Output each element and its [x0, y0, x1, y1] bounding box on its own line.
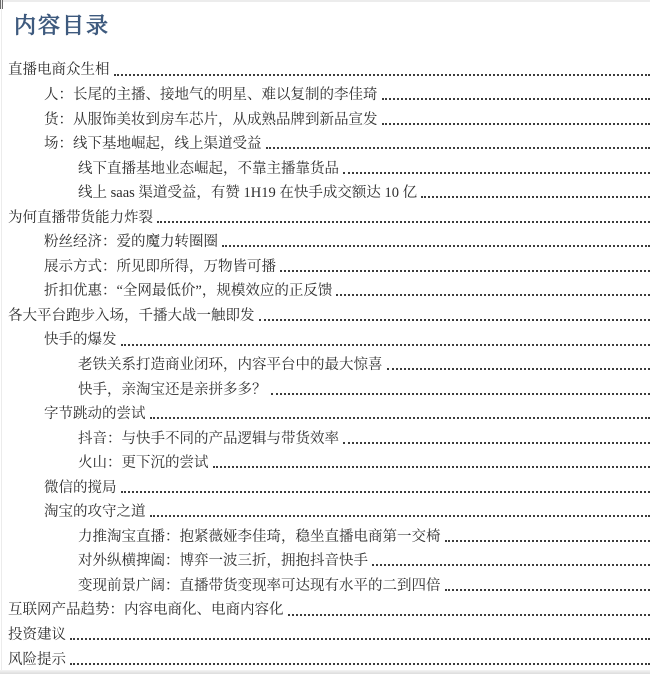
toc-entry-label: 人：长尾的主播、接地气的明星、难以复制的李佳琦 [44, 86, 378, 105]
toc-entry-label: 淘宝的攻守之道 [44, 503, 146, 522]
toc-entry-label: 老铁关系打造商业闭环，内容平台中的最大惊喜 [78, 356, 383, 375]
toc-entry-label: 线下直播基地业态崛起，不靠主播靠货品 [78, 160, 339, 179]
dot-leader [280, 270, 650, 272]
dot-leader [343, 172, 650, 174]
dot-leader [271, 393, 650, 395]
toc-entry-label: 线上 saas 渠道受益，有赞 1H19 在快手成交额达 10 亿 [78, 184, 417, 203]
toc-entry[interactable]: 直播电商众生相 [0, 56, 650, 81]
dot-leader [150, 515, 650, 517]
toc-entry-label: 微信的搅局 [44, 479, 117, 498]
toc-entry[interactable]: 抖音：与快手不同的产品逻辑与带货效率 [0, 424, 650, 449]
dot-leader [382, 98, 650, 100]
toc-entry[interactable]: 人：长尾的主播、接地气的明星、难以复制的李佳琦 [0, 81, 650, 106]
toc-entry-label: 变现前景广阔：直播带货变现率可达现有水平的二到四倍 [78, 577, 441, 596]
toc-entry-label: 风险提示 [8, 651, 66, 670]
dot-leader [259, 319, 650, 321]
toc-entry[interactable]: 互联网产品趋势：内容电商化、电商内容化 [0, 596, 650, 621]
dot-leader [372, 564, 650, 566]
toc-list: 直播电商众生相 人：长尾的主播、接地气的明星、难以复制的李佳琦 货：从服饰美妆到… [0, 56, 650, 670]
toc-entry[interactable]: 风险提示 [0, 645, 650, 670]
toc-entry[interactable]: 展示方式：所见即所得，万物皆可播 [0, 252, 650, 277]
toc-entry-label: 直播电商众生相 [8, 61, 110, 80]
bottom-edge-shadow [0, 670, 650, 674]
dot-leader [445, 589, 650, 591]
toc-entry[interactable]: 粉丝经济：爱的魔力转圈圈 [0, 228, 650, 253]
toc-entry[interactable]: 线下直播基地业态崛起，不靠主播靠货品 [0, 154, 650, 179]
dot-leader [70, 663, 650, 665]
toc-entry-label: 折扣优惠：“全网最低价”，规模效应的正反馈 [44, 282, 332, 301]
toc-entry[interactable]: 线上 saas 渠道受益，有赞 1H19 在快手成交额达 10 亿 [0, 179, 650, 204]
toc-entry-label: 抖音：与快手不同的产品逻辑与带货效率 [78, 430, 339, 449]
dot-leader [382, 123, 650, 125]
toc-entry-label: 快手，亲淘宝还是亲拼多多？ [78, 381, 267, 400]
top-edge-line [0, 0, 650, 2]
dot-leader [445, 540, 650, 542]
toc-entry-label: 互联网产品趋势：内容电商化、电商内容化 [8, 601, 284, 620]
dot-leader [70, 638, 650, 640]
toc-entry[interactable]: 快手的爆发 [0, 326, 650, 351]
toc-entry[interactable]: 变现前景广阔：直播带货变现率可达现有水平的二到四倍 [0, 571, 650, 596]
toc-entry[interactable]: 场：线下基地崛起，线上渠道受益 [0, 130, 650, 155]
dot-leader [343, 442, 650, 444]
toc-entry[interactable]: 微信的搅局 [0, 473, 650, 498]
left-edge-line [1, 0, 2, 674]
dot-leader [222, 245, 650, 247]
toc-entry-label: 粉丝经济：爱的魔力转圈圈 [44, 233, 218, 252]
dot-leader [266, 147, 650, 149]
toc-entry[interactable]: 快手，亲淘宝还是亲拼多多？ [0, 375, 650, 400]
toc-entry-label: 力推淘宝直播：抱紧薇娅李佳琦，稳坐直播电商第一交椅 [78, 528, 441, 547]
toc-entry-label: 货：从服饰美妆到房车芯片，从成熟品牌到新品宣发 [44, 111, 378, 130]
toc-entry[interactable]: 力推淘宝直播：抱紧薇娅李佳琦，稳坐直播电商第一交椅 [0, 522, 650, 547]
toc-header: 内容目录 [0, 0, 650, 56]
toc-entry[interactable]: 投资建议 [0, 621, 650, 646]
toc-entry-label: 投资建议 [8, 626, 66, 645]
toc-entry[interactable]: 字节跳动的尝试 [0, 400, 650, 425]
toc-entry-label: 各大平台跑步入场，千播大战一触即发 [8, 307, 255, 326]
dot-leader [121, 344, 650, 346]
toc-entry-label: 展示方式：所见即所得，万物皆可播 [44, 258, 276, 277]
toc-entry-label: 为何直播带货能力炸裂 [8, 209, 153, 228]
page-title: 内容目录 [14, 13, 650, 39]
dot-leader [387, 368, 650, 370]
toc-entry[interactable]: 老铁关系打造商业闭环，内容平台中的最大惊喜 [0, 351, 650, 376]
toc-entry[interactable]: 淘宝的攻守之道 [0, 498, 650, 523]
dot-leader [114, 74, 650, 76]
toc-entry[interactable]: 折扣优惠：“全网最低价”，规模效应的正反馈 [0, 277, 650, 302]
toc-entry[interactable]: 火山：更下沉的尝试 [0, 449, 650, 474]
toc-entry[interactable]: 对外纵横捭阖：博弈一波三折，拥抱抖音快手 [0, 547, 650, 572]
toc-entry-label: 快手的爆发 [44, 331, 117, 350]
toc-entry-label: 火山：更下沉的尝试 [78, 454, 209, 473]
toc-entry[interactable]: 各大平台跑步入场，千播大战一触即发 [0, 301, 650, 326]
dot-leader [336, 294, 650, 296]
dot-leader [288, 614, 650, 616]
dot-leader [421, 196, 650, 198]
dot-leader [121, 491, 650, 493]
toc-entry-label: 字节跳动的尝试 [44, 405, 146, 424]
toc-entry[interactable]: 为何直播带货能力炸裂 [0, 203, 650, 228]
toc-entry[interactable]: 货：从服饰美妆到房车芯片，从成熟品牌到新品宣发 [0, 105, 650, 130]
dot-leader [213, 466, 650, 468]
toc-entry-label: 场：线下基地崛起，线上渠道受益 [44, 135, 262, 154]
toc-entry-label: 对外纵横捭阖：博弈一波三折，拥抱抖音快手 [78, 552, 368, 571]
dot-leader [157, 221, 650, 223]
document-page: 内容目录 直播电商众生相 人：长尾的主播、接地气的明星、难以复制的李佳琦 货：从… [0, 0, 650, 674]
dot-leader [150, 417, 650, 419]
